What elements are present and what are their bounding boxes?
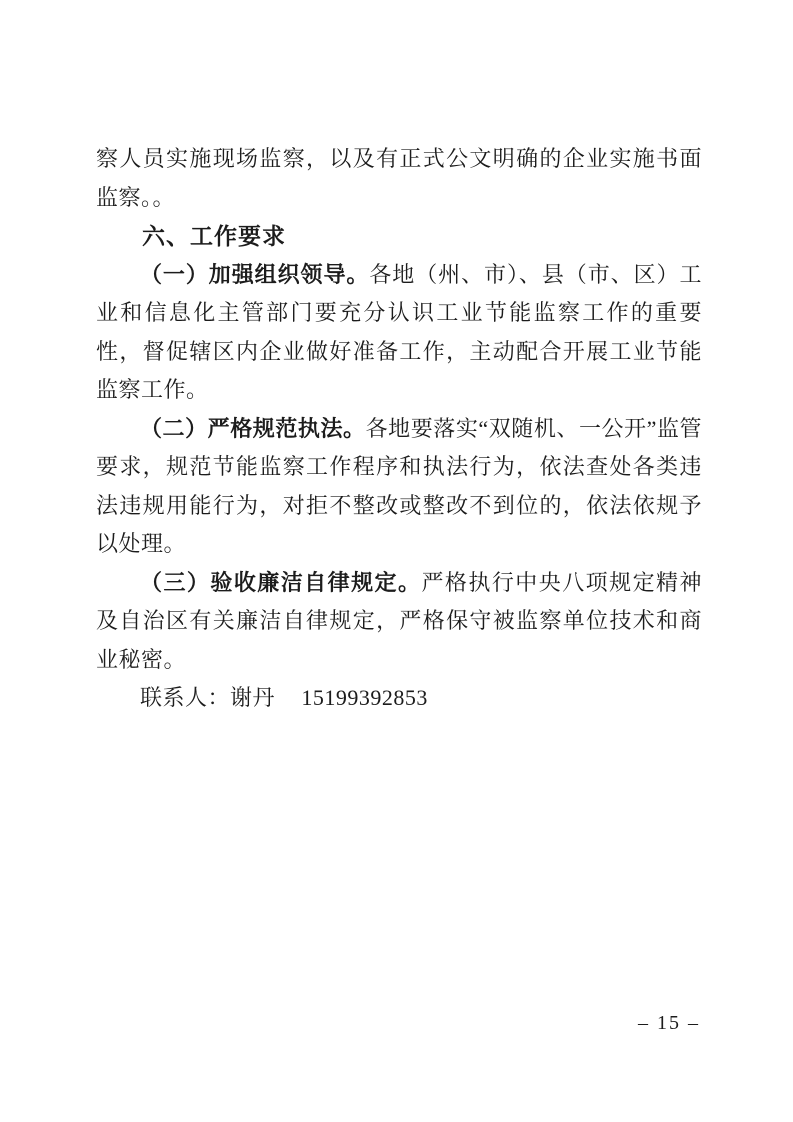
paragraph-continued: 察人员实施现场监察，以及有正式公文明确的企业实施书面监察。。 [96, 140, 702, 217]
section-heading: 六、工作要求 [96, 217, 702, 256]
contact-line: 联系人：谢丹15199392853 [96, 679, 702, 718]
paragraph-1: （一）加强组织领导。各地（州、市）、县（市、区）工业和信息化主管部门要充分认识工… [96, 256, 702, 410]
paragraph-2: （二）严格规范执法。各地要落实“双随机、一公开”监管要求，规范节能监察工作程序和… [96, 410, 702, 564]
paragraph-1-lead: （一）加强组织领导。 [140, 262, 369, 287]
paragraph-3: （三）验收廉洁自律规定。严格执行中央八项规定精神及自治区有关廉洁自律规定，严格保… [96, 564, 702, 680]
page-number: – 15 – [638, 1008, 700, 1038]
contact-label: 联系人： [140, 685, 230, 710]
document-page: 察人员实施现场监察，以及有正式公文明确的企业实施书面监察。。 六、工作要求 （一… [0, 0, 793, 1122]
paragraph-3-lead: （三）验收廉洁自律规定。 [140, 570, 421, 595]
contact-phone: 15199392853 [301, 685, 428, 710]
paragraph-2-lead: （二）严格规范执法。 [140, 416, 366, 441]
document-body: 察人员实施现场监察，以及有正式公文明确的企业实施书面监察。。 六、工作要求 （一… [96, 140, 702, 718]
contact-name: 谢丹 [230, 685, 275, 710]
